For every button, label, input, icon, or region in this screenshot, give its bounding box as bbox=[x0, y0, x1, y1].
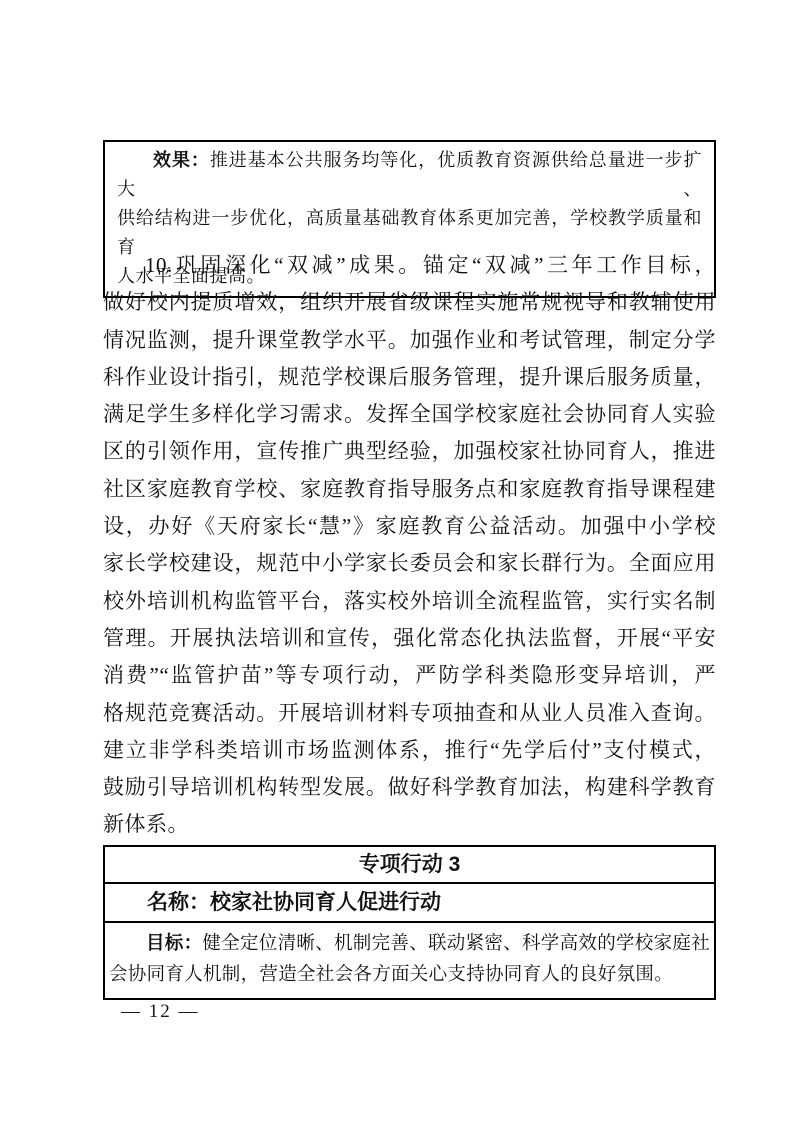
name-value: 校家社协同育人促进行动 bbox=[210, 891, 441, 914]
paragraph-line: 设，办好《天府家长“慧”》家庭教育公益活动。加强中小学校 bbox=[103, 508, 716, 545]
paragraph-line: 新体系。 bbox=[103, 806, 716, 843]
paragraph-line: 建立非学科类培训市场监测体系，推行“先学后付”支付模式， bbox=[103, 732, 716, 769]
paragraph-line: 社区家庭教育学校、家庭教育指导服务点和家庭教育指导课程建 bbox=[103, 471, 716, 508]
table-goal-row: 目标：健全定位清晰、机制完善、联动紧密、科学高效的学校家庭社 会协同育人机制，营… bbox=[105, 923, 714, 998]
page-number: — 12 — bbox=[121, 1001, 200, 1023]
goal-line: 目标：健全定位清晰、机制完善、联动紧密、科学高效的学校家庭社 bbox=[109, 927, 710, 960]
paragraph-line: 校外培训机构监管平台，落实校外培训全流程监管，实行实名制 bbox=[103, 583, 716, 620]
paragraph-line: 鼓励引导培训机构转型发展。做好科学教育加法，构建科学教育 bbox=[103, 769, 716, 806]
paragraph-line: 区的引领作用，宣传推广典型经验，加强校家社协同育人，推进 bbox=[103, 433, 716, 470]
paragraph-line: 家长学校建设，规范中小学家长委员会和家长群行为。全面应用 bbox=[103, 545, 716, 582]
paragraph-line: 消费”“监管护苗”等专项行动，严防学科类隐形变异培训，严 bbox=[103, 657, 716, 694]
table-title-row: 专项行动 3 bbox=[105, 847, 714, 884]
goal-text: 健全定位清晰、机制完善、联动紧密、科学高效的学校家庭社 bbox=[202, 934, 710, 954]
paragraph-line: 10.巩固深化“双减”成果。锚定“双减”三年工作目标， bbox=[103, 247, 716, 284]
paragraph-line: 科作业设计指引，规范学校课后服务管理，提升课后服务质量， bbox=[103, 359, 716, 396]
paragraph-line: 情况监测，提升课堂教学水平。加强作业和考试管理，制定分学 bbox=[103, 322, 716, 359]
table-name-row: 名称：校家社协同育人促进行动 bbox=[105, 884, 714, 923]
effect-label: 效果： bbox=[153, 150, 210, 170]
paragraph-line: 管理。开展执法培训和宣传，强化常态化执法监督，开展“平安 bbox=[103, 620, 716, 657]
paragraph-line: 满足学生多样化学习需求。发挥全国学校家庭社会协同育人实验 bbox=[103, 396, 716, 433]
paragraph-line: 做好校内提质增效，组织开展省级课程实施常规视导和教辅使用 bbox=[103, 284, 716, 321]
document-page: 效果：推进基本公共服务均等化，优质教育资源供给总量进一步扩大、 供给结构进一步优… bbox=[0, 0, 793, 1122]
paragraph-line: 格规范竞赛活动。开展培训材料专项抽查和从业人员准入查询。 bbox=[103, 695, 716, 732]
effect-box-line: 效果：推进基本公共服务均等化，优质教育资源供给总量进一步扩大、 bbox=[117, 146, 702, 204]
goal-line: 会协同育人机制，营造全社会各方面关心支持协同育人的良好氛围。 bbox=[109, 960, 710, 991]
body-paragraph: 10.巩固深化“双减”成果。锚定“双减”三年工作目标， 做好校内提质增效，组织开… bbox=[103, 247, 716, 844]
name-label: 名称： bbox=[147, 891, 210, 914]
goal-label: 目标： bbox=[146, 932, 202, 953]
special-action-table: 专项行动 3 名称：校家社协同育人促进行动 目标：健全定位清晰、机制完善、联动紧… bbox=[103, 845, 716, 1000]
